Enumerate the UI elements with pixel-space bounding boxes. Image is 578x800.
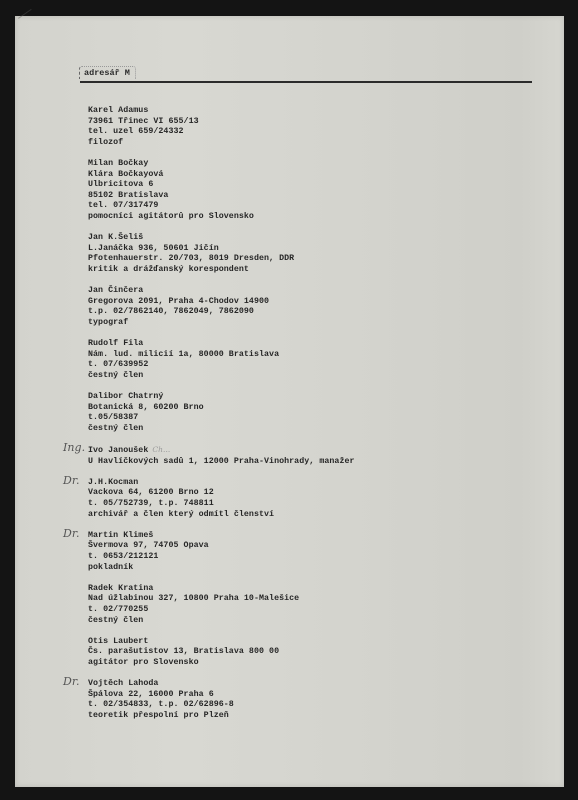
address-entry: Milan BočkayKlára BočkayováUlbricitova 6…: [88, 159, 528, 223]
entry-detail-line: pomocníci agitátorů pro Slovensko: [88, 212, 528, 223]
header-rule: [80, 81, 532, 83]
handwritten-title-note: Dr.: [63, 677, 80, 688]
entry-detail-line: teoretik přespolní pro Plzeň: [88, 711, 528, 722]
entry-detail-line: Pfotenhauerstr. 20/703, 8019 Dresden, DD…: [88, 254, 528, 265]
address-entry: Ing.Ivo JanoušekCh...U Havlíčkových sadů…: [88, 445, 528, 467]
entry-name: Dalibor Chatrný: [88, 392, 528, 403]
entry-detail-line: agitátor pro Slovensko: [88, 658, 528, 669]
entry-detail-line: Vackova 64, 61200 Brno 12: [88, 488, 528, 499]
entry-detail-line: Gregorova 2091, Praha 4-Chodov 14900: [88, 297, 528, 308]
entry-detail-line: Ulbricitova 6: [88, 180, 528, 191]
entry-detail-line: U Havlíčkových sadů 1, 12000 Praha-Vinoh…: [88, 457, 528, 468]
entry-name: Ivo Janoušek: [88, 446, 148, 455]
entry-detail-line: 73961 Třinec VI 655/13: [88, 117, 528, 128]
entry-detail-line: čestný člen: [88, 424, 528, 435]
handwritten-title-note: Ing.: [63, 443, 85, 454]
entry-detail-line: L.Janáčka 936, 50601 Jičín: [88, 244, 528, 255]
address-entry: Otis LaubertČs. parašutistov 13, Bratisl…: [88, 637, 528, 669]
entry-detail-line: čestný člen: [88, 371, 528, 382]
entry-name: Otis Laubert: [88, 637, 528, 648]
address-entry: Karel Adamus73961 Třinec VI 655/13tel. u…: [88, 106, 528, 148]
entry-detail-line: t.05/58387: [88, 413, 528, 424]
entry-name: Rudolf Fila: [88, 339, 528, 350]
entry-detail-line: Nám. lud. milicií 1a, 80000 Bratislava: [88, 350, 528, 361]
handwritten-title-note: Dr.: [63, 529, 80, 540]
address-entry: Dalibor ChatrnýBotanická 8, 60200 Brnot.…: [88, 392, 528, 434]
entry-detail-line: pokladník: [88, 563, 528, 574]
entry-detail-line: Nad úžlabinou 327, 10800 Praha 10-Maleši…: [88, 594, 528, 605]
entry-detail-line: 85102 Bratislava: [88, 191, 528, 202]
address-book-tab-label: adresář M: [79, 66, 136, 79]
entry-detail-line: t. 05/752739, t.p. 748811: [88, 499, 528, 510]
entry-detail-line: Čs. parašutistov 13, Bratislava 800 00: [88, 647, 528, 658]
entry-detail-line: typograf: [88, 318, 528, 329]
entry-detail-line: tel. 07/317479: [88, 201, 528, 212]
address-entry: Rudolf FilaNám. lud. milicií 1a, 80000 B…: [88, 339, 528, 381]
entry-name: Milan Bočkay: [88, 159, 528, 170]
entry-detail-line: tel. uzel 659/24332: [88, 127, 528, 138]
entry-detail-line: archivář a člen který odmítl členství: [88, 510, 528, 521]
entry-name: Jan Činčera: [88, 286, 528, 297]
handwritten-title-note: Dr.: [63, 476, 80, 487]
entry-detail-line: kritik a drážďanský korespondent: [88, 265, 528, 276]
entry-detail-line: t. 0653/212121: [88, 552, 528, 563]
entry-detail-line: Klára Bočkayová: [88, 170, 528, 181]
entry-detail-line: Špálova 22, 16000 Praha 6: [88, 690, 528, 701]
entry-detail-line: čestný člen: [88, 616, 528, 627]
entry-name: Jan K.Šeliš: [88, 233, 528, 244]
entry-name: J.H.Kocman: [88, 478, 528, 489]
address-list: Karel Adamus73961 Třinec VI 655/13tel. u…: [88, 106, 528, 732]
entry-detail-line: t.p. 02/7862140, 7862049, 7862090: [88, 307, 528, 318]
entry-detail-line: t. 02/354833, t.p. 02/62896-8: [88, 700, 528, 711]
address-entry: Dr.Martin KlimešŠvermova 97, 74705 Opava…: [88, 531, 528, 573]
entry-name: Martin Klimeš: [88, 531, 528, 542]
address-entry: Dr.J.H.KocmanVackova 64, 61200 Brno 12t.…: [88, 478, 528, 520]
pencil-annotation: Ch...: [152, 445, 170, 454]
entry-name: Karel Adamus: [88, 106, 528, 117]
entry-name: Radek Kratina: [88, 584, 528, 595]
address-entry: Jan ČinčeraGregorova 2091, Praha 4-Chodo…: [88, 286, 528, 328]
entry-detail-line: filozof: [88, 138, 528, 149]
address-entry: Radek KratinaNad úžlabinou 327, 10800 Pr…: [88, 584, 528, 626]
entry-detail-line: t. 07/639952: [88, 360, 528, 371]
address-entry: Dr.Vojtěch LahodaŠpálova 22, 16000 Praha…: [88, 679, 528, 721]
entry-detail-line: Botanická 8, 60200 Brno: [88, 403, 528, 414]
address-entry: Jan K.ŠelišL.Janáčka 936, 50601 JičínPfo…: [88, 233, 528, 275]
entry-name: Vojtěch Lahoda: [88, 679, 528, 690]
entry-detail-line: Švermova 97, 74705 Opava: [88, 541, 528, 552]
entry-detail-line: t. 02/770255: [88, 605, 528, 616]
